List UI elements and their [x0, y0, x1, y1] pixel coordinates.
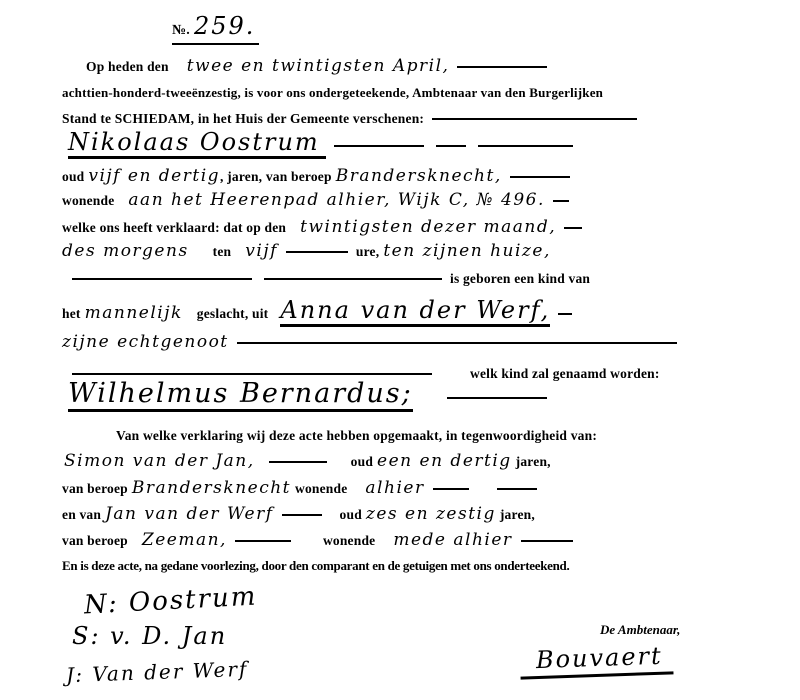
witness-1-residence: alhier [365, 478, 424, 498]
printed-text: is geboren een kind van [450, 271, 590, 286]
child-name: Wilhelmus Bernardus; [68, 378, 413, 412]
line-witness-2-profession: van beroep Zeeman, wonende mede alhier [62, 530, 577, 550]
official-title: De Ambtenaar, [600, 622, 680, 638]
signature-witness-2: J: Van der Werf [66, 657, 249, 687]
printed-text: wonende [295, 481, 347, 496]
fill-rule [237, 342, 677, 344]
handwritten-date: twee en twintigsten April, [187, 56, 450, 76]
printed-text: jaren, [500, 507, 535, 522]
fill-rule [457, 66, 547, 68]
printed-text: oud [351, 454, 373, 469]
fill-rule [497, 488, 537, 490]
fill-rule [334, 145, 424, 147]
fill-rule [564, 227, 582, 229]
handwritten-relation: zijne echtgenoot [62, 332, 229, 352]
fill-rule [72, 278, 252, 280]
witness-1-age: een en dertig [377, 451, 512, 471]
number-value: 259. [194, 12, 255, 40]
civil-birth-record: №. 259. Op heden den twee en twintigsten… [0, 0, 800, 700]
line-spouse: zijne echtgenoot [62, 332, 681, 352]
fill-rule [553, 200, 569, 202]
fill-rule [521, 540, 573, 542]
declarant-name: Nikolaas Oostrum [68, 128, 326, 159]
printed-text: en van [62, 507, 101, 522]
fill-rule [510, 176, 570, 178]
printed-text: het [62, 306, 81, 321]
printed-text: Op heden den [86, 59, 169, 74]
fill-rule [478, 145, 573, 147]
printed-text: oud [340, 507, 362, 522]
printed-text: oud [62, 169, 84, 184]
handwritten-sex: mannelijk [85, 303, 183, 323]
handwritten-time-of-day: des morgens [62, 241, 189, 261]
fill-rule [269, 461, 327, 463]
line-child-name: Wilhelmus Bernardus; [68, 378, 551, 409]
line-declaration: welke ons heeft verklaard: dat op den tw… [62, 217, 586, 237]
fill-rule [436, 145, 466, 147]
line-place: Stand te SCHIEDAM, in het Huis der Gemee… [62, 110, 641, 128]
line-witness-2: en van Jan van der Werf oud zes en zesti… [62, 504, 535, 524]
official-signature: Bouvaert [519, 641, 673, 679]
witness-2-residence: mede alhier [393, 530, 512, 550]
line-declarant: Nikolaas Oostrum [68, 128, 577, 156]
handwritten-place: ten zijnen huize, [383, 241, 551, 261]
printed-text: , jaren, van beroep [220, 169, 332, 184]
fill-rule [282, 514, 322, 516]
line-witness-intro: Van welke verklaring wij deze acte hebbe… [116, 428, 597, 444]
printed-text: jaren, [516, 454, 551, 469]
printed-text: van beroep [62, 533, 128, 548]
fill-rule [447, 397, 547, 399]
handwritten-address: aan het Heerenpad alhier, Wijk C, № 496. [128, 190, 544, 210]
printed-text: wonende [323, 533, 375, 548]
handwritten-hour: vijf [245, 241, 278, 261]
fill-rule [432, 118, 637, 120]
handwritten-profession: Brandersknecht, [336, 166, 502, 186]
witness-1-name: Simon van der Jan, [64, 451, 255, 471]
line-witness-1-profession: van beroep Brandersknecht wonende alhier [62, 478, 541, 498]
printed-text: welke ons heeft verklaard: dat op den [62, 220, 286, 235]
line-born: is geboren een kind van [62, 270, 590, 288]
signature-declarant: N: Oostrum [83, 581, 258, 620]
line-year: achttien-honderd-tweeënzestig, is voor o… [62, 85, 603, 101]
printed-text: wonende [62, 193, 114, 208]
line-residence: wonende aan het Heerenpad alhier, Wijk C… [62, 190, 573, 210]
witness-2-profession: Zeeman, [142, 530, 227, 550]
line-witness-1: Simon van der Jan, oud een en dertig jar… [64, 451, 551, 471]
fill-rule [433, 488, 469, 490]
fill-rule [558, 313, 572, 315]
record-number: №. 259. [172, 12, 259, 45]
printed-text: geslacht, uit [197, 306, 269, 321]
fill-rule [264, 278, 442, 280]
printed-text: van beroep [62, 481, 128, 496]
line-sex-mother: het mannelijk geslacht, uit Anna van der… [62, 296, 576, 324]
printed-text: ten [213, 244, 232, 259]
printed-text: Stand te SCHIEDAM, in het Huis der Gemee… [62, 111, 424, 126]
fill-rule [72, 373, 432, 375]
mother-name: Anna van der Werf, [280, 296, 550, 327]
signature-witness-1: S: v. D. Jan [72, 622, 227, 650]
handwritten-birth-date: twintigsten dezer maand, [300, 217, 556, 237]
witness-2-age: zes en zestig [366, 504, 496, 524]
fill-rule [286, 251, 348, 253]
fill-rule [235, 540, 291, 542]
line-closing: En is deze acte, na gedane voorlezing, d… [62, 558, 569, 574]
witness-2-name: Jan van der Werf [105, 504, 273, 524]
line-date: Op heden den twee en twintigsten April, [86, 56, 551, 76]
number-label: №. [172, 23, 190, 38]
line-age-profession: oud vijf en dertig, jaren, van beroep Br… [62, 166, 574, 186]
witness-1-profession: Brandersknecht [132, 478, 291, 498]
printed-text: ure, [356, 244, 379, 259]
handwritten-age: vijf en dertig [88, 166, 220, 186]
line-time: des morgens ten vijf ure, ten zijnen hui… [62, 241, 551, 261]
